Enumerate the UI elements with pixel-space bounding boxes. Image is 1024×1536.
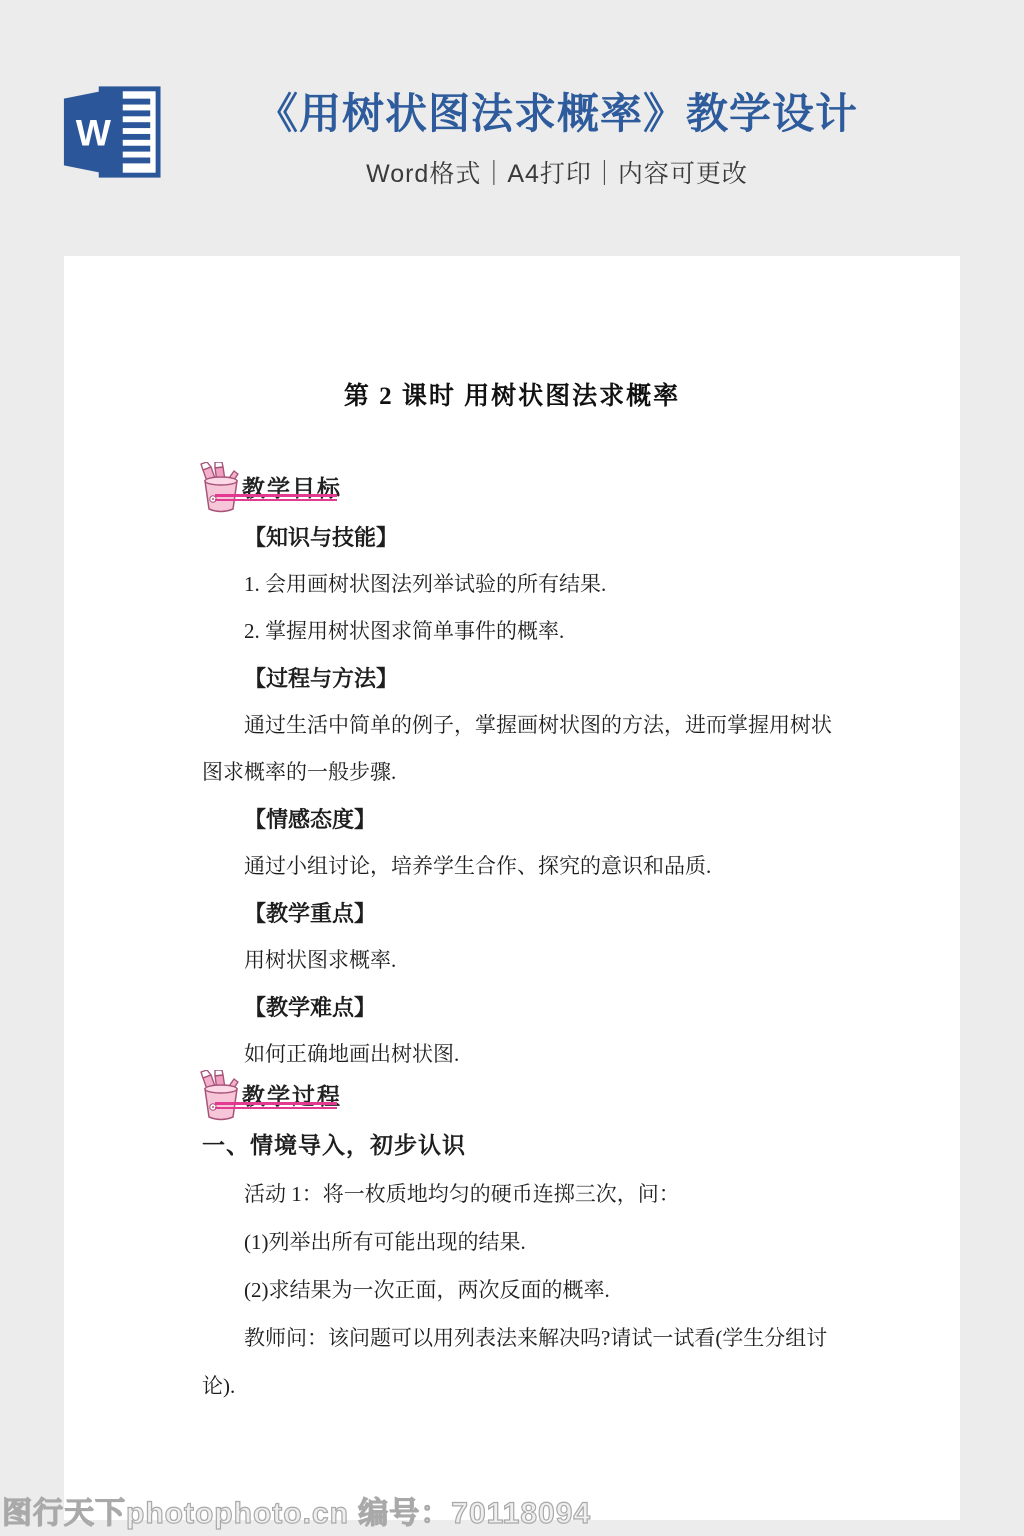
badge-teaching-process: 教学过程 <box>197 1070 457 1110</box>
document-page: 第 2 课时 用树状图法求概率 教学目标 <box>64 256 960 1520</box>
doc-line: 2. 掌握用树状图求简单事件的概率. <box>202 608 888 655</box>
word-icon-letter: W <box>76 112 112 154</box>
doc-line: 用树状图求概率. <box>202 937 888 984</box>
doc-line: 通过生活中简单的例子，掌握画树状图的方法，进而掌握用树状 <box>202 702 888 749</box>
doc-line: (2)求结果为一次正面，两次反面的概率. <box>202 1266 888 1314</box>
doc-section-heading: 一、情境导入，初步认识 <box>202 1122 888 1170</box>
doc-heading: 【教学难点】 <box>202 984 888 1031</box>
doc-line: 活动 1：将一枚质地均匀的硬币连掷三次，问： <box>202 1170 888 1218</box>
doc-line: 1. 会用画树状图法列举试验的所有结果. <box>202 561 888 608</box>
pencil-cup-icon <box>197 1070 245 1122</box>
site-watermark: 图行天下photophoto.cn 编号：70118094 <box>2 1488 591 1532</box>
doc-heading: 【过程与方法】 <box>202 655 888 702</box>
doc-line: 论). <box>202 1362 888 1410</box>
doc-line: (1)列举出所有可能出现的结果. <box>202 1218 888 1266</box>
doc-heading: 【教学重点】 <box>202 890 888 937</box>
badge-underline <box>215 494 337 501</box>
doc-line: 教师问：该问题可以用列表法来解决吗?请试一试看(学生分组讨 <box>202 1314 888 1362</box>
site-header: W 《用树状图法求概率》教学设计 Word格式｜A4打印｜内容可更改 <box>0 0 1024 256</box>
screen: W 《用树状图法求概率》教学设计 Word格式｜A4打印｜内容可更改 第 2 课… <box>0 0 1024 1536</box>
doc-line: 图求概率的一般步骤. <box>202 749 888 796</box>
header-text: 《用树状图法求概率》教学设计 Word格式｜A4打印｜内容可更改 <box>160 0 954 190</box>
doc-title: 第 2 课时 用树状图法求概率 <box>64 256 960 412</box>
page-title: 《用树状图法求概率》教学设计 <box>160 90 954 138</box>
badge-underline <box>215 1102 337 1109</box>
section-objectives: 【知识与技能】 1. 会用画树状图法列举试验的所有结果. 2. 掌握用树状图求简… <box>64 514 960 1078</box>
doc-line: 通过小组讨论，培养学生合作、探究的意识和品质. <box>202 843 888 890</box>
format-subtitle: Word格式｜A4打印｜内容可更改 <box>160 154 954 190</box>
word-icon: W <box>60 84 162 180</box>
doc-heading: 【情感态度】 <box>202 796 888 843</box>
pencil-cup-icon <box>197 462 245 514</box>
badge-teaching-goals: 教学目标 <box>197 462 457 502</box>
doc-heading: 【知识与技能】 <box>202 514 888 561</box>
section-process: 一、情境导入，初步认识 活动 1：将一枚质地均匀的硬币连掷三次，问： (1)列举… <box>64 1122 960 1410</box>
